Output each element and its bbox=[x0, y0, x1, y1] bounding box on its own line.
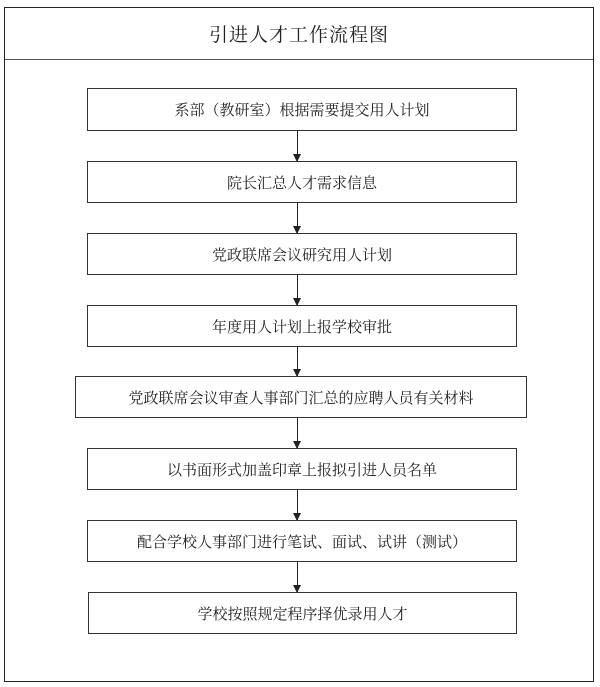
step-6-box: 以书面形式加盖印章上报拟引进人员名单 bbox=[87, 448, 517, 490]
step-5-box: 党政联席会议审查人事部门汇总的应聘人员有关材料 bbox=[75, 376, 527, 418]
title-row: 引进人才工作流程图 bbox=[5, 8, 593, 60]
arrow-down-icon bbox=[297, 562, 298, 592]
step-8-box: 学校按照规定程序择优录用人才 bbox=[88, 592, 517, 634]
arrow-down-icon bbox=[297, 275, 298, 305]
step-7-box: 配合学校人事部门进行笔试、面试、试讲（测试） bbox=[87, 520, 517, 562]
step-1-box: 系部（教研室）根据需要提交用人计划 bbox=[87, 88, 517, 131]
step-3-box: 党政联席会议研究用人计划 bbox=[87, 233, 517, 275]
step-4-box: 年度用人计划上报学校审批 bbox=[87, 305, 517, 347]
arrow-down-icon bbox=[297, 490, 298, 520]
arrow-down-icon bbox=[297, 418, 298, 448]
step-2-box: 院长汇总人才需求信息 bbox=[87, 161, 517, 203]
arrow-down-icon bbox=[297, 131, 298, 161]
diagram-title: 引进人才工作流程图 bbox=[209, 20, 389, 47]
arrow-down-icon bbox=[297, 347, 298, 376]
arrow-down-icon bbox=[297, 203, 298, 233]
